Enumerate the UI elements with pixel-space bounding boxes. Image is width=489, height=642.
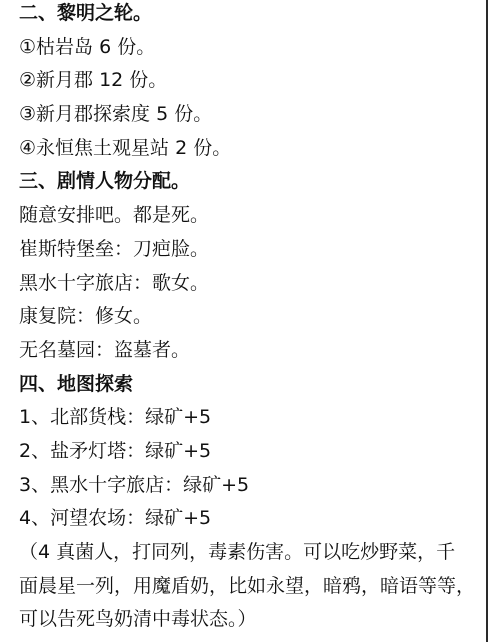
note-line: 面晨星一列，用魔盾奶，比如永望，暗鸦，暗语等等， bbox=[19, 570, 479, 604]
list-item: ①枯岩岛 6 份。 bbox=[19, 31, 479, 65]
list-item: 2、盐矛灯塔：绿矿+5 bbox=[19, 435, 479, 469]
section-heading-map-exploration: 四、地图探索 bbox=[19, 368, 479, 402]
list-item: 3、黑水十字旅店：绿矿+5 bbox=[19, 469, 479, 503]
list-item: ②新月郡 12 份。 bbox=[19, 64, 479, 98]
list-item: 1、北部货栈：绿矿+5 bbox=[19, 401, 479, 435]
section-heading-story-characters: 三、剧情人物分配。 bbox=[19, 165, 479, 199]
list-item: 无名墓园：盗墓者。 bbox=[19, 334, 479, 368]
page-right-border bbox=[486, 0, 488, 642]
list-item: 康复院：修女。 bbox=[19, 300, 479, 334]
list-item: ④永恒焦土观星站 2 份。 bbox=[19, 132, 479, 166]
list-item: 随意安排吧。都是死。 bbox=[19, 199, 479, 233]
note-line: （4 真菌人，打同列，毒素伤害。可以吃炒野菜，千 bbox=[19, 536, 479, 570]
list-item: 4、河望农场：绿矿+5 bbox=[19, 502, 479, 536]
list-item: 黑水十字旅店：歌女。 bbox=[19, 267, 479, 301]
section-heading-dawn-wheel: 二、黎明之轮。 bbox=[19, 0, 479, 31]
list-item: ③新月郡探索度 5 份。 bbox=[19, 98, 479, 132]
document-body: 二、黎明之轮。 ①枯岩岛 6 份。 ②新月郡 12 份。 ③新月郡探索度 5 份… bbox=[19, 0, 479, 637]
list-item: 崔斯特堡垒：刀疤脸。 bbox=[19, 233, 479, 267]
note-line: 可以告死鸟奶清中毒状态。） bbox=[19, 603, 479, 637]
